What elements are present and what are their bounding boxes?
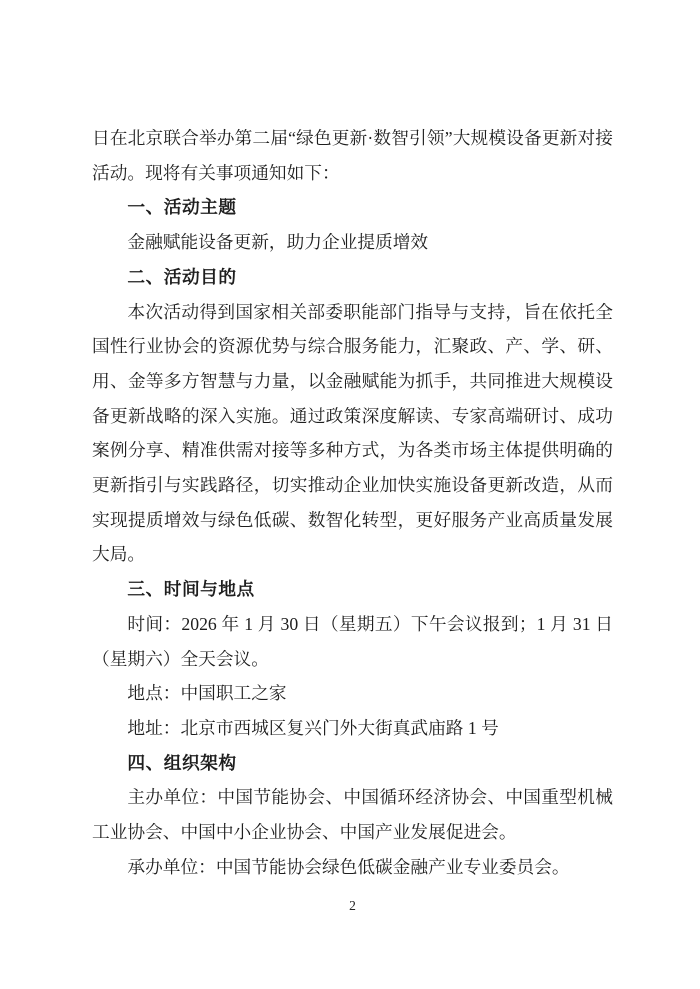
section-heading: 二、活动目的 bbox=[92, 260, 613, 295]
paragraph: 地址：北京市西城区复兴门外大街真武庙路 1 号 bbox=[92, 711, 613, 746]
page-number: 2 bbox=[92, 896, 613, 916]
section-heading: 一、活动主题 bbox=[92, 190, 613, 225]
section-heading: 四、组织架构 bbox=[92, 746, 613, 781]
document-body: 日在北京联合举办第二届“绿色更新·数智引领”大规模设备更新对接活动。现将有关事项… bbox=[92, 121, 613, 884]
paragraph: 地点：中国职工之家 bbox=[92, 676, 613, 711]
paragraph: 日在北京联合举办第二届“绿色更新·数智引领”大规模设备更新对接活动。现将有关事项… bbox=[92, 121, 613, 190]
paragraph: 承办单位：中国节能协会绿色低碳金融产业专业委员会。 bbox=[92, 850, 613, 885]
paragraph: 金融赋能设备更新，助力企业提质增效 bbox=[92, 225, 613, 260]
section-heading: 三、时间与地点 bbox=[92, 572, 613, 607]
paragraph: 本次活动得到国家相关部委职能部门指导与支持，旨在依托全国性行业协会的资源优势与综… bbox=[92, 295, 613, 573]
paragraph: 时间：2026 年 1 月 30 日（星期五）下午会议报到；1 月 31 日（星… bbox=[92, 607, 613, 676]
paragraph: 主办单位：中国节能协会、中国循环经济协会、中国重型机械工业协会、中国中小企业协会… bbox=[92, 780, 613, 849]
document-page: 日在北京联合举办第二届“绿色更新·数智引领”大规模设备更新对接活动。现将有关事项… bbox=[0, 0, 700, 989]
